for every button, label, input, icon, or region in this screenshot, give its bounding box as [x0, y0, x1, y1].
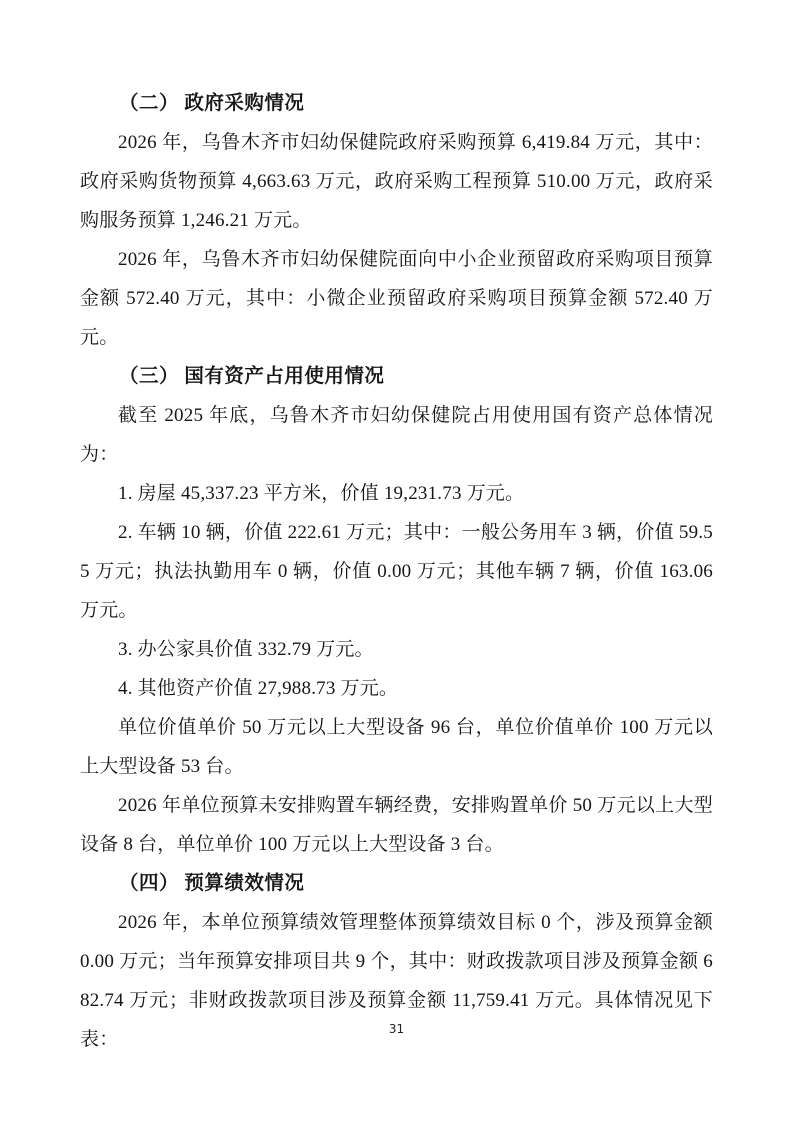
para-assets-furniture: 3. 办公家具价值 332.79 万元。: [80, 630, 713, 669]
para-assets-overview: 截至 2025 年底，乌鲁木齐市妇幼保健院占用使用国有资产总体情况为：: [80, 396, 713, 474]
heading-budget-performance: （四） 预算绩效情况: [80, 864, 713, 903]
document-page: （二） 政府采购情况 2026 年，乌鲁木齐市妇幼保健院政府采购预算 6,419…: [0, 0, 793, 1122]
para-assets-vehicles: 2. 车辆 10 辆，价值 222.61 万元；其中：一般公务用车 3 辆，价值…: [80, 513, 713, 630]
document-body: （二） 政府采购情况 2026 年，乌鲁木齐市妇幼保健院政府采购预算 6,419…: [80, 84, 713, 1059]
page-number: 31: [0, 1022, 793, 1036]
heading-government-procurement: （二） 政府采购情况: [80, 84, 713, 123]
heading-state-assets-usage: （三） 国有资产占用使用情况: [80, 357, 713, 396]
para-assets-housing: 1. 房屋 45,337.23 平方米，价值 19,231.73 万元。: [80, 474, 713, 513]
para-large-equipment: 单位价值单价 50 万元以上大型设备 96 台，单位价值单价 100 万元以上大…: [80, 708, 713, 786]
para-equipment-purchase-plan: 2026 年单位预算未安排购置车辆经费，安排购置单价 50 万元以上大型设备 8…: [80, 786, 713, 864]
para-procurement-budget: 2026 年，乌鲁木齐市妇幼保健院政府采购预算 6,419.84 万元，其中：政…: [80, 123, 713, 240]
para-assets-other: 4. 其他资产价值 27,988.73 万元。: [80, 669, 713, 708]
para-sme-reserved-procurement: 2026 年，乌鲁木齐市妇幼保健院面向中小企业预留政府采购项目预算金额 572.…: [80, 240, 713, 357]
